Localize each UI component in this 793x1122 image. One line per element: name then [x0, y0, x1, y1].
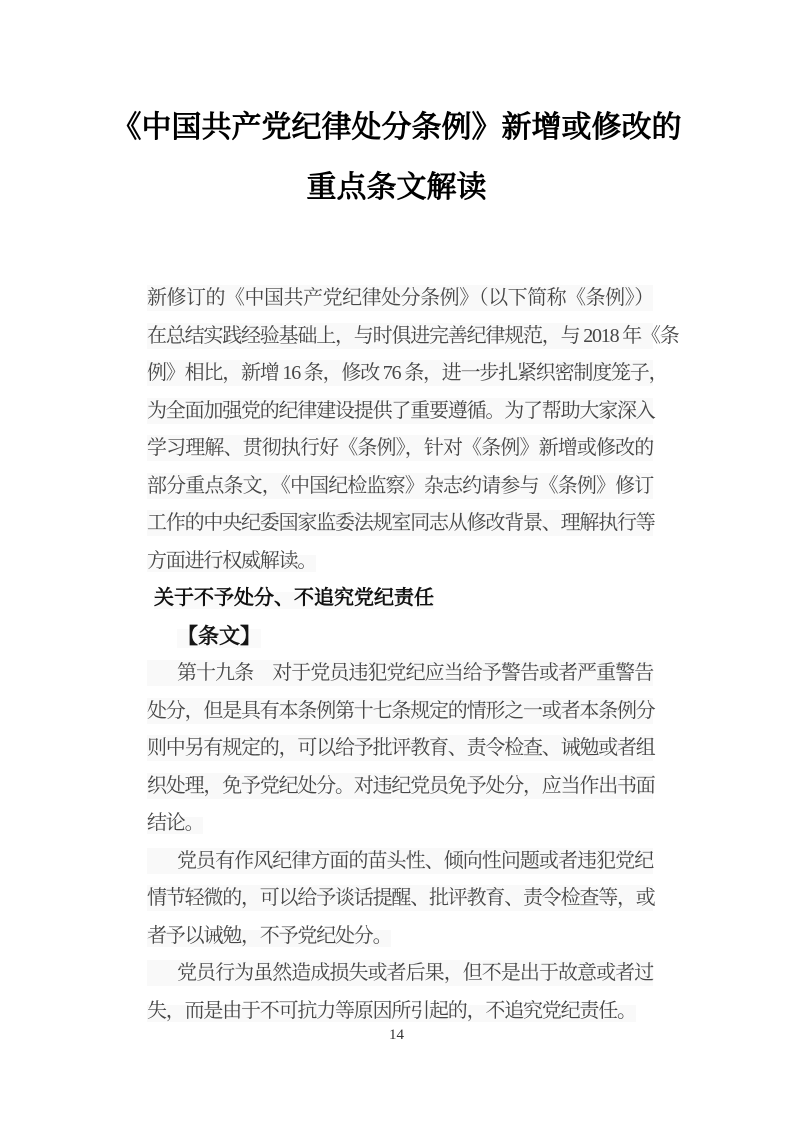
text-line: 方面进行权威解读。 — [147, 543, 653, 581]
text-line: 结论。 — [147, 805, 653, 843]
article-label: 【条文】 — [147, 618, 653, 656]
text-line: 在总结实践经验基础上，与时俱进完善纪律规范，与 2018 年《条 — [147, 318, 653, 356]
text-line: 部分重点条文，《中国纪检监察》杂志约请参与《条例》修订 — [147, 468, 653, 506]
text-line: 新修订的《中国共产党纪律处分条例》（以下简称《条例》） — [147, 280, 653, 318]
page-number: 14 — [0, 1024, 793, 1046]
section-heading: 关于不予处分、不追究党纪责任 — [147, 580, 653, 618]
body-text: 新修订的《中国共产党纪律处分条例》（以下简称《条例》） 在总结实践经验基础上，与… — [147, 280, 653, 1030]
text-line: 党员行为虽然造成损失或者后果，但不是出于故意或者过 — [147, 955, 653, 993]
text-line: 工作的中央纪委国家监委法规室同志从修改背景、理解执行等 — [147, 505, 653, 543]
document-page: 《中国共产党纪律处分条例》新增或修改的 重点条文解读 新修订的《中国共产党纪律处… — [0, 0, 793, 1122]
text-line: 者予以诫勉，不予党纪处分。 — [147, 918, 653, 956]
document-title: 《中国共产党纪律处分条例》新增或修改的 重点条文解读 — [0, 98, 793, 218]
text-line: 例》相比，新增 16 条，修改 76 条，进一步扎紧织密制度笼子， — [147, 355, 653, 393]
title-line-1: 《中国共产党纪律处分条例》新增或修改的 — [0, 98, 793, 158]
text-line: 第十九条 对于党员违犯党纪应当给予警告或者严重警告 — [147, 655, 653, 693]
text-line: 学习理解、贯彻执行好《条例》，针对《条例》新增或修改的 — [147, 430, 653, 468]
title-line-2: 重点条文解读 — [0, 158, 793, 218]
text-line: 织处理，免予党纪处分。对违纪党员免予处分，应当作出书面 — [147, 768, 653, 806]
text-line: 情节轻微的，可以给予谈话提醒、批评教育、责令检查等，或 — [147, 880, 653, 918]
text-line: 为全面加强党的纪律建设提供了重要遵循。为了帮助大家深入 — [147, 393, 653, 431]
text-line: 党员有作风纪律方面的苗头性、倾向性问题或者违犯党纪 — [147, 843, 653, 881]
text-line: 处分，但是具有本条例第十七条规定的情形之一或者本条例分 — [147, 693, 653, 731]
text-line: 则中另有规定的，可以给予批评教育、责令检查、诫勉或者组 — [147, 730, 653, 768]
